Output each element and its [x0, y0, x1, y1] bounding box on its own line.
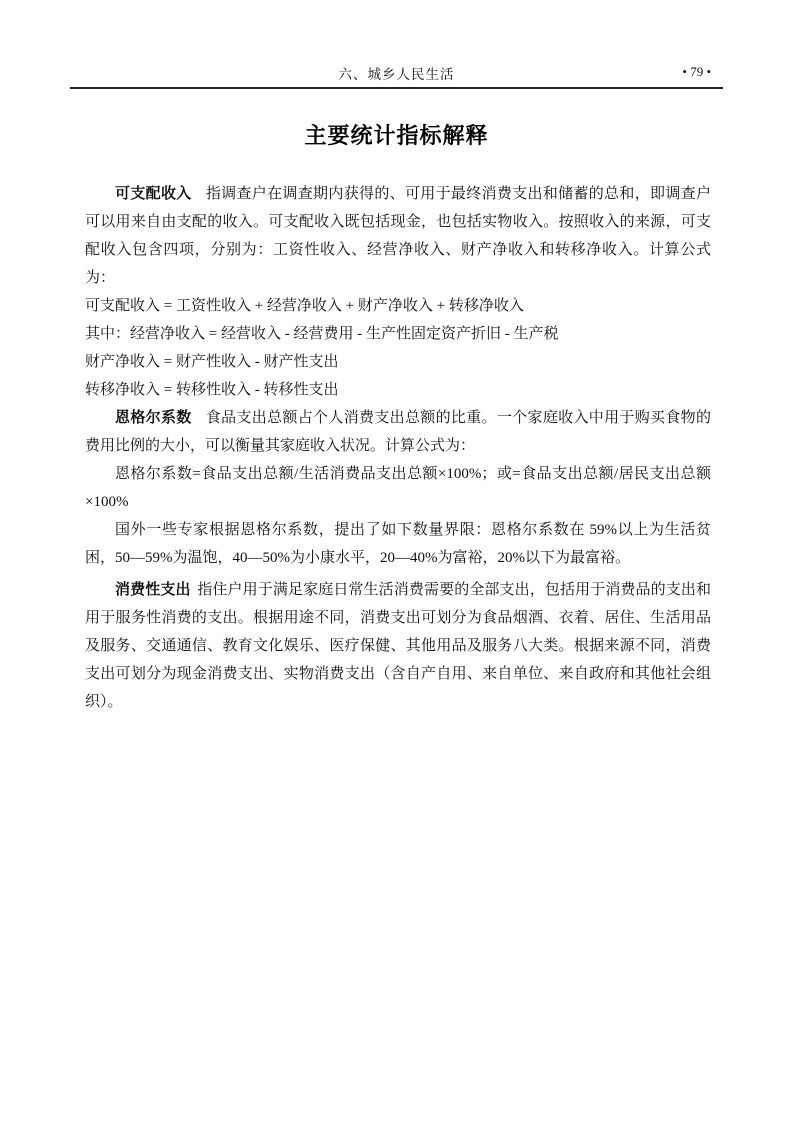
term-disposable-income: 可支配收入 — [115, 186, 192, 202]
formula-property-net-income: 财产净收入 = 财产性收入 - 财产性支出 — [85, 348, 711, 376]
paragraph-engel-formula: 恩格尔系数=食品支出总额/生活消费品支出总额×100%；或=食品支出总额/居民支… — [85, 460, 711, 516]
document-body: 可支配收入指调查户在调查期内获得的、可用于最终消费支出和储蓄的总和，即调查户可以… — [85, 180, 711, 716]
page-number: • 79 • — [682, 64, 711, 80]
paragraph-engel-thresholds: 国外一些专家根据恩格尔系数，提出了如下数量界限：恩格尔系数在 59%以上为生活贫… — [85, 516, 711, 572]
formula-disposable-income: 可支配收入 = 工资性收入 + 经营净收入 + 财产净收入 + 转移净收入 — [85, 292, 711, 320]
page-header: 六、城乡人民生活 • 79 • — [70, 63, 723, 85]
formula-operating-net-income: 其中：经营净收入 = 经营收入 - 经营费用 - 生产性固定资产折旧 - 生产税 — [85, 320, 711, 348]
page-title: 主要统计指标解释 — [0, 119, 793, 150]
header-rule-divider — [70, 87, 723, 89]
paragraph-engel-coefficient: 恩格尔系数食品支出总额占个人消费支出总额的比重。一个家庭收入中用于购买食物的费用… — [85, 404, 711, 460]
document-page: 六、城乡人民生活 • 79 • 主要统计指标解释 可支配收入指调查户在调查期内获… — [0, 0, 793, 1122]
section-header-title: 六、城乡人民生活 — [70, 63, 723, 83]
paragraph-disposable-income: 可支配收入指调查户在调查期内获得的、可用于最终消费支出和储蓄的总和，即调查户可以… — [85, 180, 711, 292]
formula-transfer-net-income: 转移净收入 = 转移性收入 - 转移性支出 — [85, 376, 711, 404]
term-engel-coefficient: 恩格尔系数 — [115, 410, 192, 426]
paragraph-consumption-expenditure: 消费性支出指住户用于满足家庭日常生活消费需要的全部支出，包括用于消费品的支出和用… — [85, 576, 711, 716]
term-consumption-expenditure: 消费性支出 — [115, 582, 191, 598]
definition-consumption-expenditure: 指住户用于满足家庭日常生活消费需要的全部支出，包括用于消费品的支出和用于服务性消… — [85, 582, 711, 710]
